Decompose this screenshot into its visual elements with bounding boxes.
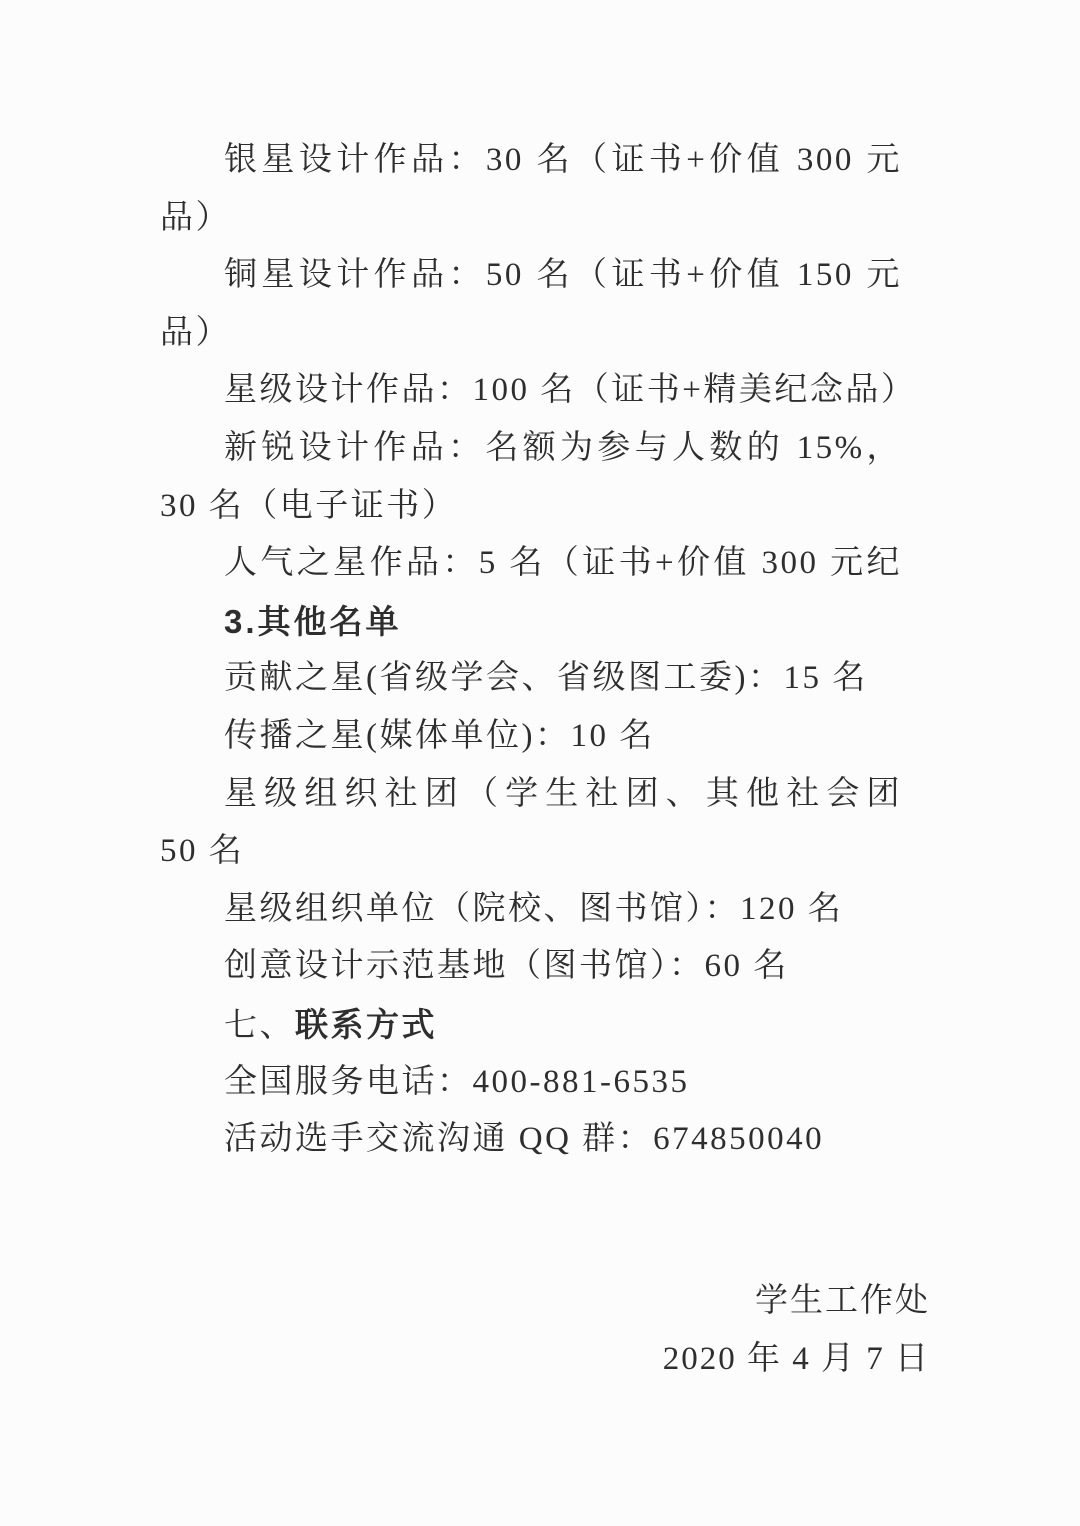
- creative-base-line: 创意设计示范基地（图书馆）：60 名: [160, 938, 902, 996]
- signature-issuer: 学生工作处: [663, 1273, 930, 1331]
- rookie-award-line-1: 新锐设计作品：名额为参与人数的 15%，上限: [160, 420, 902, 478]
- silver-award-line-1: 银星设计作品：30 名（证书+价值 300 元纪念: [160, 132, 902, 190]
- star-award-line: 星级设计作品：100 名（证书+精美纪念品）: [160, 362, 902, 420]
- bronze-award-line-2: 品）: [160, 305, 902, 363]
- section-heading-contact: 七、联系方式: [160, 996, 902, 1054]
- document-page: 银星设计作品：30 名（证书+价值 300 元纪念 品） 铜星设计作品：50 名…: [0, 0, 1080, 1526]
- document-body: 银星设计作品：30 名（证书+价值 300 元纪念 品） 铜星设计作品：50 名…: [160, 132, 902, 1169]
- section-number-label: 七、: [224, 1008, 295, 1044]
- star-org-club-line-1: 星级组织社团（学生社团、其他社会团体）：: [160, 766, 902, 824]
- contribution-star-line: 贡献之星(省级学会、省级图工委)：15 名: [160, 650, 902, 708]
- spread-star-line: 传播之星(媒体单位)：10 名: [160, 708, 902, 766]
- service-phone-line: 全国服务电话：400-881-6535: [160, 1054, 902, 1112]
- section-title-label: 联系方式: [295, 1006, 437, 1043]
- bronze-award-line-1: 铜星设计作品：50 名（证书+价值 150 元纪念: [160, 247, 902, 305]
- popularity-award-line: 人气之星作品：5 名（证书+价值 300 元纪念品）: [160, 535, 902, 593]
- star-org-club-line-2: 50 名: [160, 823, 902, 881]
- qq-group-line: 活动选手交流沟通 QQ 群：674850040: [160, 1111, 902, 1169]
- star-org-unit-line: 星级组织单位（院校、图书馆）：120 名: [160, 881, 902, 939]
- section-heading-other-list: 3.其他名单: [160, 593, 902, 651]
- signature-block: 学生工作处 2020 年 4 月 7 日: [663, 1273, 930, 1388]
- rookie-award-line-2: 30 名（电子证书）: [160, 478, 902, 536]
- signature-date: 2020 年 4 月 7 日: [663, 1331, 930, 1389]
- silver-award-line-2: 品）: [160, 190, 902, 248]
